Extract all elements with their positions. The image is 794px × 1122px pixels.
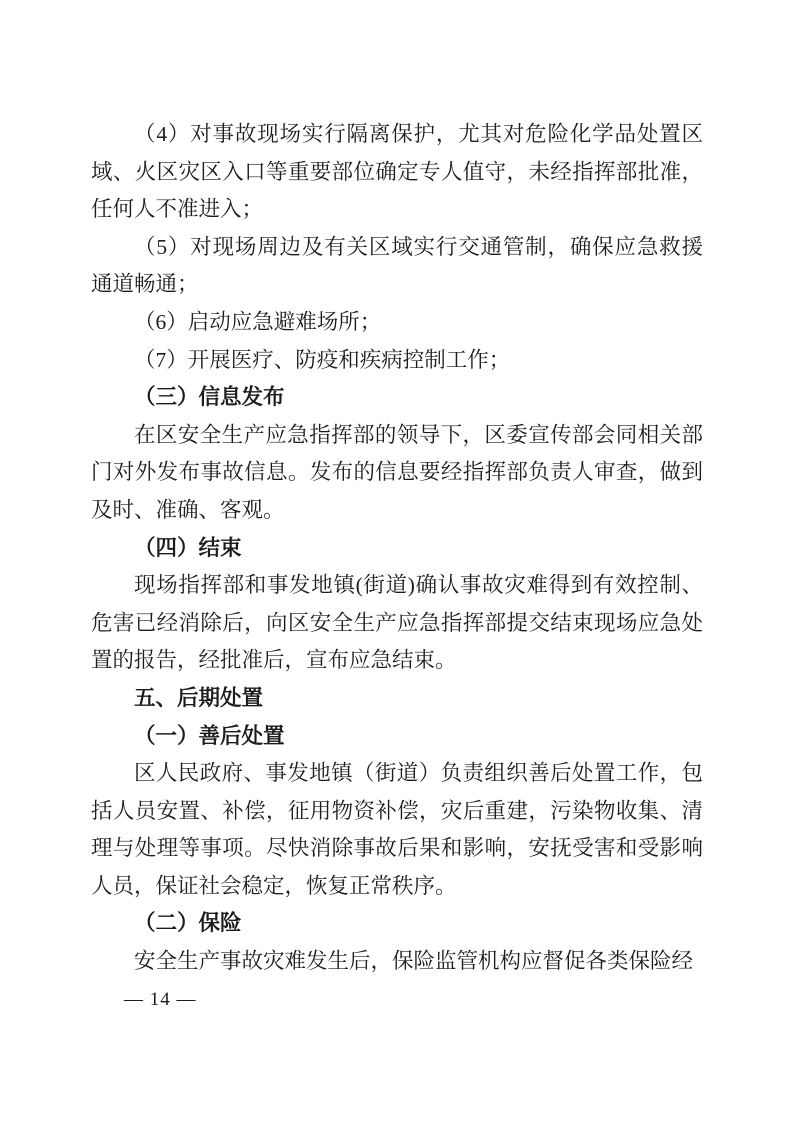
section-heading-conclusion: （四）结束 bbox=[91, 530, 703, 568]
list-item-measure-7: （7）开展医疗、防疫和疾病控制工作； bbox=[91, 342, 703, 380]
document-body: （4）对事故现场实行隔离保护，尤其对危险化学品处置区域、火区灾区入口等重要部位确… bbox=[91, 116, 703, 981]
section-heading-aftermath: （一）善后处置 bbox=[91, 718, 703, 756]
para-conclusion: 现场指挥部和事发地镇(街道)确认事故灾难得到有效控制、危害已经消除后，向区安全生… bbox=[91, 567, 703, 680]
list-item-measure-6: （6）启动应急避难场所； bbox=[91, 304, 703, 342]
page-number: — 14 — bbox=[124, 989, 197, 1011]
list-item-measure-5: （5）对现场周边及有关区域实行交通管制，确保应急救援通道畅通； bbox=[91, 229, 703, 304]
para-insurance: 安全生产事故灾难发生后，保险监管机构应督促各类保险经 bbox=[91, 943, 703, 981]
chapter-heading-post-disposal: 五、后期处置 bbox=[91, 680, 703, 718]
section-heading-insurance: （二）保险 bbox=[91, 905, 703, 943]
document-page: （4）对事故现场实行隔离保护，尤其对危险化学品处置区域、火区灾区入口等重要部位确… bbox=[0, 0, 794, 1122]
section-heading-info-release: （三）信息发布 bbox=[91, 379, 703, 417]
para-info-release: 在区安全生产应急指挥部的领导下，区委宣传部会同相关部门对外发布事故信息。发布的信… bbox=[91, 417, 703, 530]
list-item-measure-4: （4）对事故现场实行隔离保护，尤其对危险化学品处置区域、火区灾区入口等重要部位确… bbox=[91, 116, 703, 229]
para-aftermath: 区人民政府、事发地镇（街道）负责组织善后处置工作，包括人员安置、补偿，征用物资补… bbox=[91, 755, 703, 905]
